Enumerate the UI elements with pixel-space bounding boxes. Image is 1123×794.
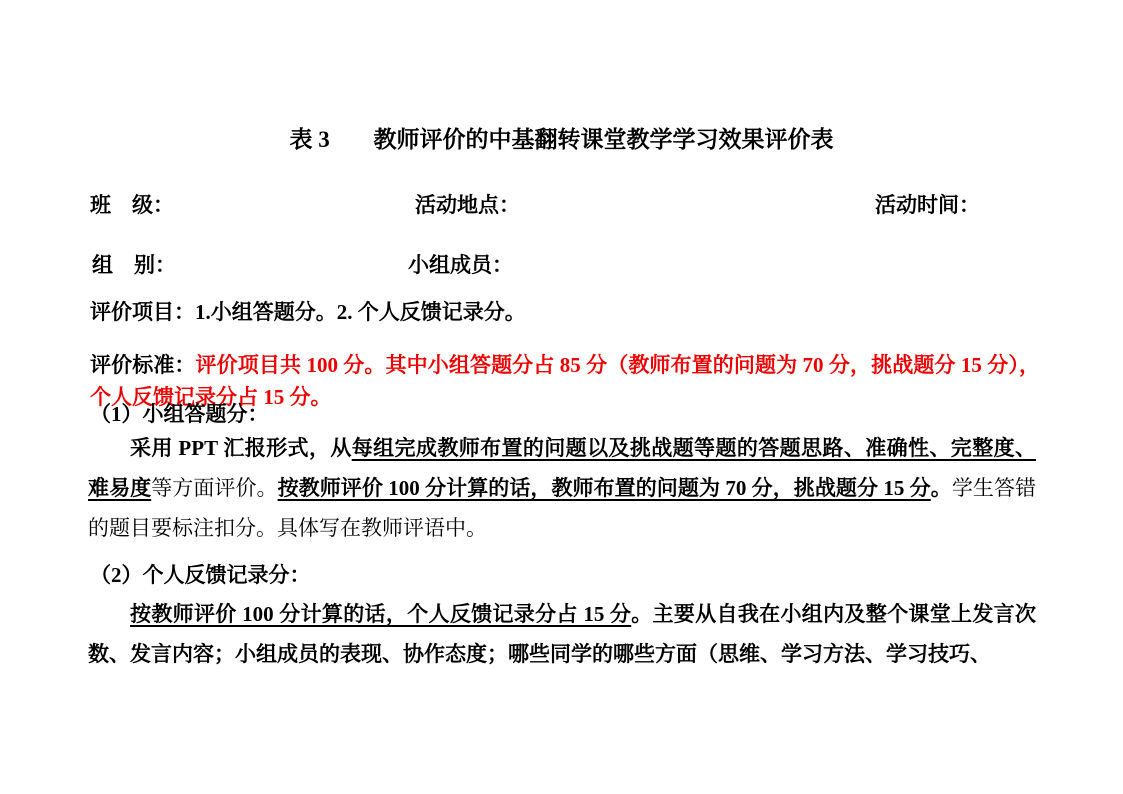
paragraph-segment: 等方面评价。 [151,476,277,500]
header-fields-row-1: 班 级： 活动地点： 活动时间： [0,189,1123,215]
activity-location-label: 活动地点： [415,189,520,219]
section-2-heading: （2）个人反馈记录分： [90,562,311,588]
evaluation-criteria-label: 评价标准： [90,353,196,377]
evaluation-items-text: 评价项目：1.小组答题分。2. 个人反馈记录分。 [90,300,526,324]
evaluation-items-line: 评价项目：1.小组答题分。2. 个人反馈记录分。 [90,299,1040,325]
header-fields-row-2: 组 别： 小组成员： [0,249,1123,275]
paragraph-segment-underlined: 按教师评价 100 分计算的话，教师布置的问题为 70 分，挑战题分 15 分 [278,476,931,500]
table-number: 表 3 [290,127,330,152]
title-text: 教师评价的中基翻转课堂教学学习效果评价表 [373,127,833,152]
section-1-heading: （1）小组答题分： [90,401,269,427]
paragraph-segment: 。 [931,476,952,500]
section-2-paragraph: 按教师评价 100 分计算的话，个人反馈记录分占 15 分。主要从自我在小组内及… [88,594,1036,674]
section-1-paragraph: 采用 PPT 汇报形式，从每组完成教师布置的问题以及挑战题等题的答题思路、准确性… [88,428,1036,548]
group-label: 组 别： [92,249,176,279]
group-members-label: 小组成员： [408,249,513,279]
activity-time-label: 活动时间： [875,189,980,219]
document-page: 表 3教师评价的中基翻转课堂教学学习效果评价表 班 级： 活动地点： 活动时间：… [0,0,1123,794]
paragraph-segment-underlined: 按教师评价 100 分计算的话，个人反馈记录分占 15 分 [130,602,631,626]
paragraph-segment: 采用 PPT 汇报形式，从 [130,436,352,460]
class-label: 班 级： [90,189,174,219]
document-title: 表 3教师评价的中基翻转课堂教学学习效果评价表 [0,126,1123,154]
